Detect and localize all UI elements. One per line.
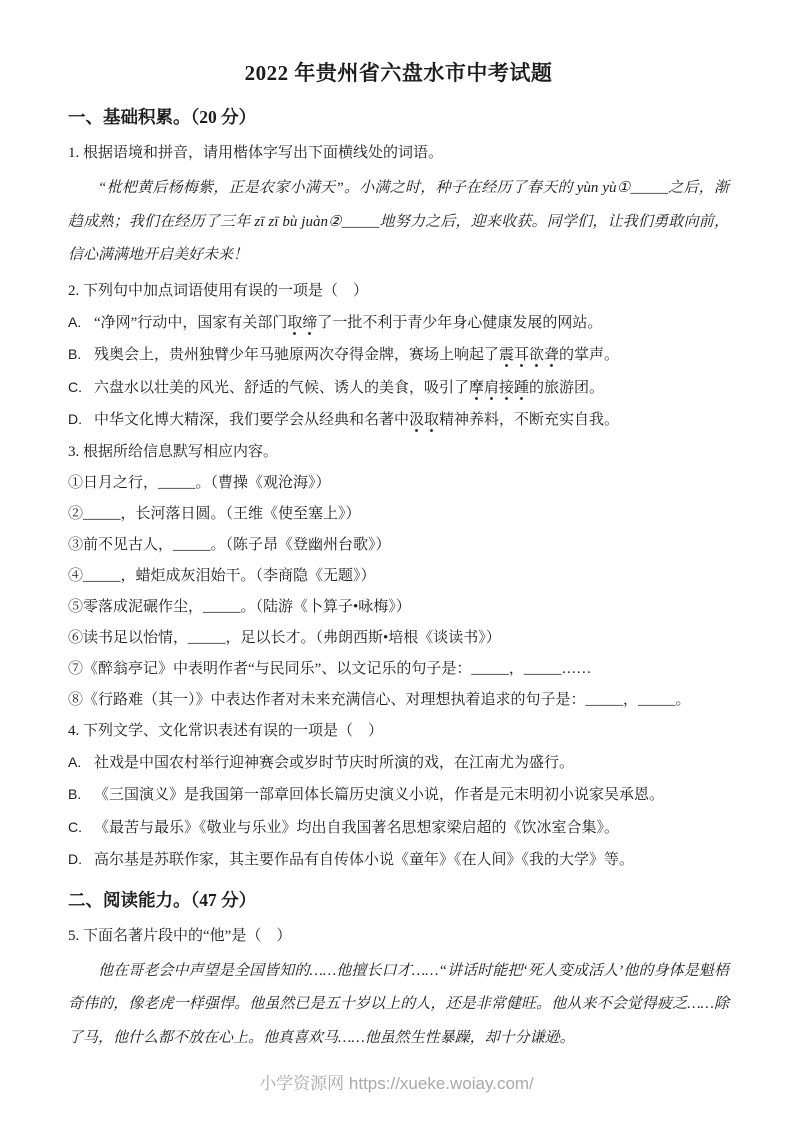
section1-heading: 一、基础积累。（20 分） bbox=[68, 104, 729, 130]
section2-heading: 二、阅读能力。（47 分） bbox=[68, 887, 729, 913]
q2-option-a: A.“净网”行动中，国家有关部门取缔了一批不利于青少年身心健康发展的网站。 bbox=[68, 307, 729, 340]
exam-page: 2022 年贵州省六盘水市中考试题 一、基础积累。（20 分） 1. 根据语境和… bbox=[0, 0, 793, 1055]
q4-option-c: C.《最苦与最乐》《敬业与乐业》均出自我国著名思想家梁启超的《饮冰室合集》。 bbox=[68, 812, 729, 845]
q3-item-5: ⑤零落成泥碾作尘，_____。（陆游《卜算子•咏梅》） bbox=[68, 592, 729, 623]
page-title: 2022 年贵州省六盘水市中考试题 bbox=[68, 58, 729, 88]
q3-item-1: ①日月之行，_____。（曹操《观沧海》） bbox=[68, 468, 729, 499]
q2-options: A.“净网”行动中，国家有关部门取缔了一批不利于青少年身心健康发展的网站。 B.… bbox=[68, 307, 729, 437]
option-label: D. bbox=[68, 844, 94, 876]
q3-stem: 3. 根据所给信息默写相应内容。 bbox=[68, 437, 729, 468]
q4-option-b: B.《三国演义》是我国第一部章回体长篇历史演义小说，作者是元末明初小说家吴承恩。 bbox=[68, 779, 729, 812]
option-label: C. bbox=[68, 372, 94, 404]
option-label: B. bbox=[68, 339, 94, 371]
option-label: A. bbox=[68, 747, 94, 779]
section-reading-ability: 二、阅读能力。（47 分） 5. 下面名著片段中的“他”是（ ） 他在哥老会中声… bbox=[68, 887, 729, 1056]
option-text: 《最苦与最乐》《敬业与乐业》均出自我国著名思想家梁启超的《饮冰室合集》。 bbox=[94, 820, 619, 836]
option-text: “净网”行动中，国家有关部门取缔了一批不利于青少年身心健康发展的网站。 bbox=[94, 315, 602, 336]
q3-item-2: ②_____，长河落日圆。（王维《使至塞上》） bbox=[68, 499, 729, 530]
option-text: 社戏是中国农村举行迎神赛会或岁时节庆时所演的戏，在江南尤为盛行。 bbox=[94, 755, 574, 771]
option-text: 高尔基是苏联作家，其主要作品有自传体小说《童年》《在人间》《我的大学》等。 bbox=[94, 852, 634, 868]
q3-item-4: ④_____，蜡炬成灰泪始干。（李商隐《无题》） bbox=[68, 561, 729, 592]
q2-option-c: C.六盘水以壮美的风光、舒适的气候、诱人的美食，吸引了摩肩接踵的旅游团。 bbox=[68, 372, 729, 405]
option-label: C. bbox=[68, 812, 94, 844]
option-text: 残奥会上，贵州独臂少年马驰原两次夺得金牌，赛场上响起了震耳欲聋的掌声。 bbox=[94, 347, 619, 368]
q4-option-d: D.高尔基是苏联作家，其主要作品有自传体小说《童年》《在人间》《我的大学》等。 bbox=[68, 844, 729, 877]
q4-options: A.社戏是中国农村举行迎神赛会或岁时节庆时所演的戏，在江南尤为盛行。 B.《三国… bbox=[68, 747, 729, 877]
q5-stem: 5. 下面名著片段中的“他”是（ ） bbox=[68, 921, 729, 952]
q2-option-b: B.残奥会上，贵州独臂少年马驰原两次夺得金牌，赛场上响起了震耳欲聋的掌声。 bbox=[68, 339, 729, 372]
option-text: 《三国演义》是我国第一部章回体长篇历史演义小说，作者是元末明初小说家吴承恩。 bbox=[94, 787, 664, 803]
q4-stem: 4. 下列文学、文化常识表述有误的一项是（ ） bbox=[68, 716, 729, 747]
option-text: 中华文化博大精深，我们要学会从经典和名著中汲取精神养料，不断充实自我。 bbox=[94, 412, 619, 433]
section-basic-accumulation: 一、基础积累。（20 分） 1. 根据语境和拼音，请用楷体字写出下面横线处的词语… bbox=[68, 104, 729, 877]
watermark-text: 小学资源网 https://xueke.woiay.com/ bbox=[259, 1074, 534, 1093]
option-label: A. bbox=[68, 307, 94, 339]
q5-passage: 他在哥老会中声望是全国皆知的……他擅长口才……“讲话时能把‘死人变成活人’他的身… bbox=[68, 955, 729, 1056]
q2-option-d: D.中华文化博大精深，我们要学会从经典和名著中汲取精神养料，不断充实自我。 bbox=[68, 404, 729, 437]
option-label: D. bbox=[68, 404, 94, 436]
watermark-source: 小学资源网 https://xueke.woiay.com/ bbox=[0, 1069, 793, 1094]
q3-item-3: ③前不见古人，_____。（陈子昂《登幽州台歌》） bbox=[68, 530, 729, 561]
q1-stem: 1. 根据语境和拼音，请用楷体字写出下面横线处的词语。 bbox=[68, 138, 729, 169]
q3-item-6: ⑥读书足以怡情，_____，足以长才。（弗朗西斯•培根《谈读书》） bbox=[68, 623, 729, 654]
q1-passage: “枇杷黄后杨梅紫，正是农家小满天”。小满之时，种子在经历了春天的 yùn yù①… bbox=[68, 172, 729, 273]
q3-items: ①日月之行，_____。（曹操《观沧海》） ②_____，长河落日圆。（王维《使… bbox=[68, 468, 729, 716]
option-text: 六盘水以壮美的风光、舒适的气候、诱人的美食，吸引了摩肩接踵的旅游团。 bbox=[94, 380, 604, 401]
q2-stem: 2. 下列句中加点词语使用有误的一项是（ ） bbox=[68, 276, 729, 307]
q3-item-7: ⑦《醉翁亭记》中表明作者“与民同乐”、以文记乐的句子是：_____，_____…… bbox=[68, 654, 729, 685]
option-label: B. bbox=[68, 779, 94, 811]
q4-option-a: A.社戏是中国农村举行迎神赛会或岁时节庆时所演的戏，在江南尤为盛行。 bbox=[68, 747, 729, 780]
q3-item-8: ⑧《行路难（其一）》中表达作者对未来充满信心、对理想执着追求的句子是：_____… bbox=[68, 685, 729, 716]
